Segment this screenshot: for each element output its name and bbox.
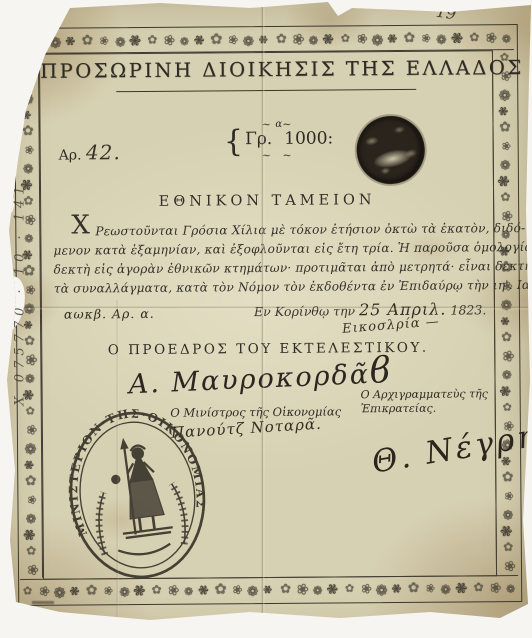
flower-ornament-icon: ❁ [21,88,33,106]
flower-ornament-icon: ❁ [51,583,68,600]
flower-ornament-icon: ❀ [97,34,110,47]
flower-ornament-icon: ❀ [160,32,176,48]
flower-ornament-icon: ❃ [22,529,40,541]
secretary-title: Ο Αρχιγραμματεὺς τῆς Ἐπικρατείας. [361,387,493,416]
flower-ornament-icon: ❁ [112,33,127,48]
flower-ornament-icon: ❃ [449,29,466,46]
flower-ornament-icon: ❀ [226,33,240,47]
flower-ornament-icon: ❀ [486,580,502,596]
flower-ornament-icon: ❀ [501,491,515,500]
flower-ornament-icon: ✿ [145,33,159,47]
flower-ornament-icon: ❀ [288,31,305,48]
serial-label: Αρ. [59,147,82,163]
flower-ornament-icon: ❃ [497,106,512,116]
flower-ornament-icon: ✿ [406,580,422,596]
flower-ornament-icon: ❁ [504,581,517,594]
ministry-oval-seal: ΜΙΝΙΣΤΕΡΙΟΝ·ΤΗΣ·ΟΙΚΟΝΟΜΙΑΣ [47,396,229,593]
flower-ornament-icon: ✿ [22,55,31,69]
flower-ornament-icon: ❁ [369,30,386,47]
flower-ornament-icon: ❃ [321,31,337,47]
document-title: ΠΡΟΣΩΡΙΝΗ ΔΙΟΙΚΗΣΙΣ ΤΗΣ ΕΛΛΑΔΟΣ [40,56,492,83]
flower-ornament-icon: ✿ [21,585,34,598]
flower-ornament-icon: ❁ [25,509,36,525]
black-wax-seal-icon [350,110,431,191]
flower-ornament-icon: ❀ [22,564,39,576]
flower-ornament-icon: ✿ [339,32,352,45]
flower-ornament-icon: ❁ [434,31,449,46]
flower-ornament-icon: ❃ [127,32,144,49]
flower-ornament-icon: ✿ [149,583,163,597]
flower-ornament-icon: ❁ [306,32,320,46]
flower-ornament-icon: ❁ [498,84,510,102]
flower-ornament-icon: ❃ [496,175,514,187]
flower-ornament-icon: ✿ [273,32,288,47]
flower-ornament-icon: ✿ [212,581,229,598]
flower-ornament-icon: ❀ [482,30,498,46]
flower-ornament-icon: ✿ [467,31,481,45]
flower-ornament-icon: ✿ [24,474,36,491]
dateline-year: 1823. [450,302,486,317]
flower-ornament-icon: ✿ [471,581,485,595]
flower-ornament-icon: ❀ [230,583,244,597]
printer-mark-smudge [32,601,54,604]
title-rule [116,89,416,92]
flower-ornament-icon: ✿ [278,582,293,597]
amount-block: ∼ ∼ { Γρ.α 1000: ∼ ∼ [208,120,348,160]
flower-ornament-icon: ❁ [245,582,261,598]
flower-ornament-icon: ❁ [500,31,513,44]
flower-ornament-icon: ❁ [47,33,64,50]
ornamental-frame: ✿❀❁❃✿❀❁❃✿❀❁❃✿❀❁❃✿❀❁❃✿❀❁❃✿❀❁❃✿❀❁ ✿❀❁❃✿❀❁❃… [14,24,523,606]
flower-ornament-icon: ❃ [499,525,517,537]
document-paper: ✿❀❁❃✿❀❁❃✿❀❁❃✿❀❁❃✿❀❁❃✿❀❁❃✿❀❁❃✿❀❁ ✿❀❁❃✿❀❁❃… [0,0,532,638]
flower-ornament-icon: ❀ [497,350,515,362]
flower-ornament-icon: ❁ [499,155,510,171]
flower-ornament-icon: ✿ [502,402,511,416]
flower-ornament-icon: ❃ [387,32,401,46]
flower-ornament-icon: ❃ [197,583,212,598]
flower-ornament-icon: ✿ [17,35,30,48]
amount-value: 1000: [284,128,333,148]
serial-number: Αρ. 42. [59,140,121,164]
flower-ornament-icon: ✿ [26,545,36,560]
margin-annotation: Χ 075770 · 10 · 141 [13,114,28,474]
flower-ornament-icon: ❀ [32,34,47,49]
treasury-heading: ΕΘΝΙΚΟΝ ΤΑΜΕΙΟΝ [41,191,493,211]
flower-ornament-icon: ✿ [208,31,225,48]
flower-ornament-icon: ❁ [500,295,512,312]
flower-ornament-icon: ❁ [178,34,191,47]
flower-ornament-icon: ❃ [263,583,276,596]
flower-ornament-icon: ❀ [499,560,516,572]
flower-ornament-icon: ❀ [19,74,35,85]
flower-ornament-icon: ❃ [498,385,515,397]
serial-value-handwritten: 42. [86,140,121,164]
flower-ornament-icon: ❁ [373,580,390,597]
amount-superscript: α [275,119,282,130]
flower-ornament-icon: ✿ [503,541,513,556]
flower-ornament-icon: ❃ [454,579,471,596]
dateline: Εν Κορίνθῳ την 25 Απριλ. 1823. [254,299,486,320]
signature-flourish: ϐ [369,350,392,392]
flower-ornament-icon: ❁ [241,32,257,48]
body-line: τὰ συναλλάγματα, κατὰ τὸν Νόμον τὸν ἐκδο… [54,276,482,298]
flower-ornament-icon: ❃ [325,581,341,597]
flower-ornament-icon: ❀ [419,32,432,45]
flower-ornament-icon: ❁ [439,581,454,596]
flower-ornament-icon: ✿ [499,120,511,137]
athena-figure [107,434,174,538]
flower-ornament-icon: ❀ [36,584,51,599]
amount-label: Γρ.α [245,129,282,149]
flower-ornament-icon: ✿ [402,30,418,46]
flower-ornament-icon: ❃ [193,33,208,48]
flower-ornament-icon: ✿ [80,33,96,49]
drop-cap-initial: Χ [71,216,90,235]
flower-ornament-icon: ❁ [501,366,511,381]
flower-ornament-icon: ❀ [24,495,38,504]
flower-ornament-icon: ❀ [293,581,310,598]
flower-ornament-icon: ❃ [258,33,271,46]
flower-ornament-icon: ❀ [164,582,180,598]
brace-ornament: { [224,132,243,152]
flower-ornament-icon: ❀ [358,581,373,596]
flower-ornament-icon: ✿ [501,330,512,346]
flower-ornament-icon: ❃ [391,582,405,596]
flower-ornament-icon: ✿ [343,582,356,595]
flower-ornament-icon: ❀ [498,141,512,150]
flower-ornament-icon: ✿ [501,470,513,487]
flower-ornament-icon: ❁ [502,506,513,522]
body-text: Χ Ρεωστοῦνται Γρόσια Χίλια μὲ τόκον ἐτήσ… [53,219,482,298]
flower-ornament-icon: ❃ [65,34,79,48]
reference-code: αωκβ. Αρ. α. [64,306,155,322]
document-content: ΠΡΟΣΩΡΙΝΗ ΔΙΟΙΚΗΣΙΣ ΤΗΣ ΕΛΛΑΔΟΣ Αρ. 42. … [39,50,497,580]
flower-ornament-icon: ❀ [354,31,369,46]
flower-ornament-icon: ✿ [500,191,510,206]
corner-annotation: 19 [435,2,458,24]
flower-ornament-icon: ❃ [499,316,513,325]
dateline-place: Εν Κορίνθῳ την [254,303,355,319]
flower-ornament-icon: ❁ [182,584,195,597]
flower-ornament-icon: ❀ [424,582,437,595]
flower-ornament-icon: ❁ [310,582,324,596]
